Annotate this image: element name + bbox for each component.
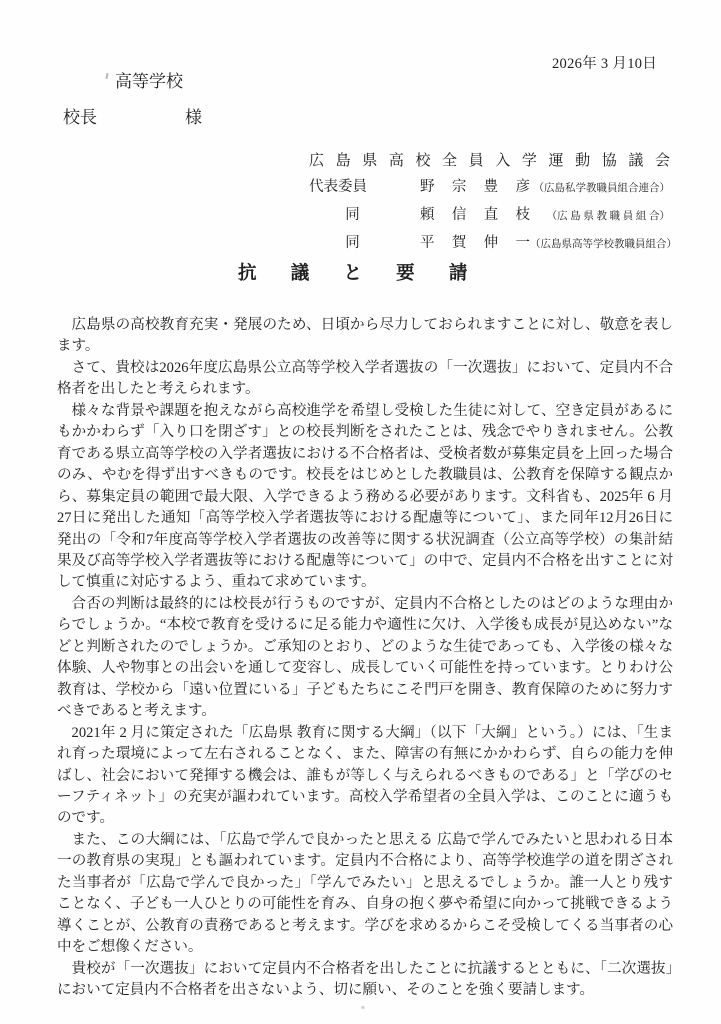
body-paragraph: 様々な背景や課題を抱えながら高校進学を希望し受検した生徒に対して、空き定員がある… [57,401,673,594]
body-paragraph: 2021年 2 月に策定された「広島県 教育に関する大綱」（以下「大綱」という。… [57,723,673,830]
addressee-title: 校長 [63,108,97,127]
sender-member-row: 同 頼 信 直 枝 （広 島 県 教 職 員 組 合） [309,205,670,227]
sender-member-row: 同 平 賀 伸 一 （広島県高等学校教職員組合） [309,233,670,255]
member-role: 代表委員 [309,177,396,197]
honorific: 様 [185,108,202,127]
body-paragraph: また、この大綱には、「広島で学んで良かったと思える 広島で学んでみたいと思われる… [57,830,673,959]
document-title: 抗議と要請 [238,261,502,287]
body-paragraph: さて、貴校は2026年度広島県公立高等学校入学者選抜の「一次選抜」において、定員… [57,358,673,401]
member-affiliation: （広島私学教職員組合連合） [534,179,671,199]
member-name: 野 宗 豊 彦 [420,177,530,197]
member-name: 頼 信 直 枝 [420,205,530,225]
body-paragraph: 合否の判断は最終的には校長が行うものですが、定員内不合格としたのはどのような理由… [57,594,673,723]
sender-block: 広 島 県 高 校 全 員 入 学 運 動 協 議 会 代表委員 野 宗 豊 彦… [309,151,670,255]
letter-date: 2026年 3 月10日 [552,55,657,73]
scan-speck [361,1006,365,1009]
sender-member-row: 代表委員 野 宗 豊 彦 （広島私学教職員組合連合） [309,177,670,199]
redaction-mark [105,73,108,79]
member-role: 同 [309,205,396,225]
letter-body: 広島県の高校教育充実・発展のため、日頃から尽力しておられますことに対し、敬意を表… [57,315,673,1002]
body-paragraph: 貴校が「一次選抜」において定員内不合格者を出したことに抗議するとともに、「二次選… [57,959,673,1002]
member-affiliation: （広 島 県 教 職 員 組 合） [547,207,670,227]
sender-organization: 広 島 県 高 校 全 員 入 学 運 動 協 議 会 [309,151,670,171]
addressee-school: 高等学校 [106,72,183,92]
member-role: 同 [309,233,396,253]
body-paragraph: 広島県の高校教育充実・発展のため、日頃から尽力しておられますことに対し、敬意を表… [57,315,673,358]
member-name: 平 賀 伸 一 [420,233,530,253]
document-page: 2026年 3 月10日 高等学校 校長様 広 島 県 高 校 全 員 入 学 … [0,0,721,1024]
addressee-school-label: 高等学校 [115,72,183,91]
member-affiliation: （広島県高等学校教職員組合） [530,235,677,255]
addressee-principal: 校長様 [63,108,202,128]
